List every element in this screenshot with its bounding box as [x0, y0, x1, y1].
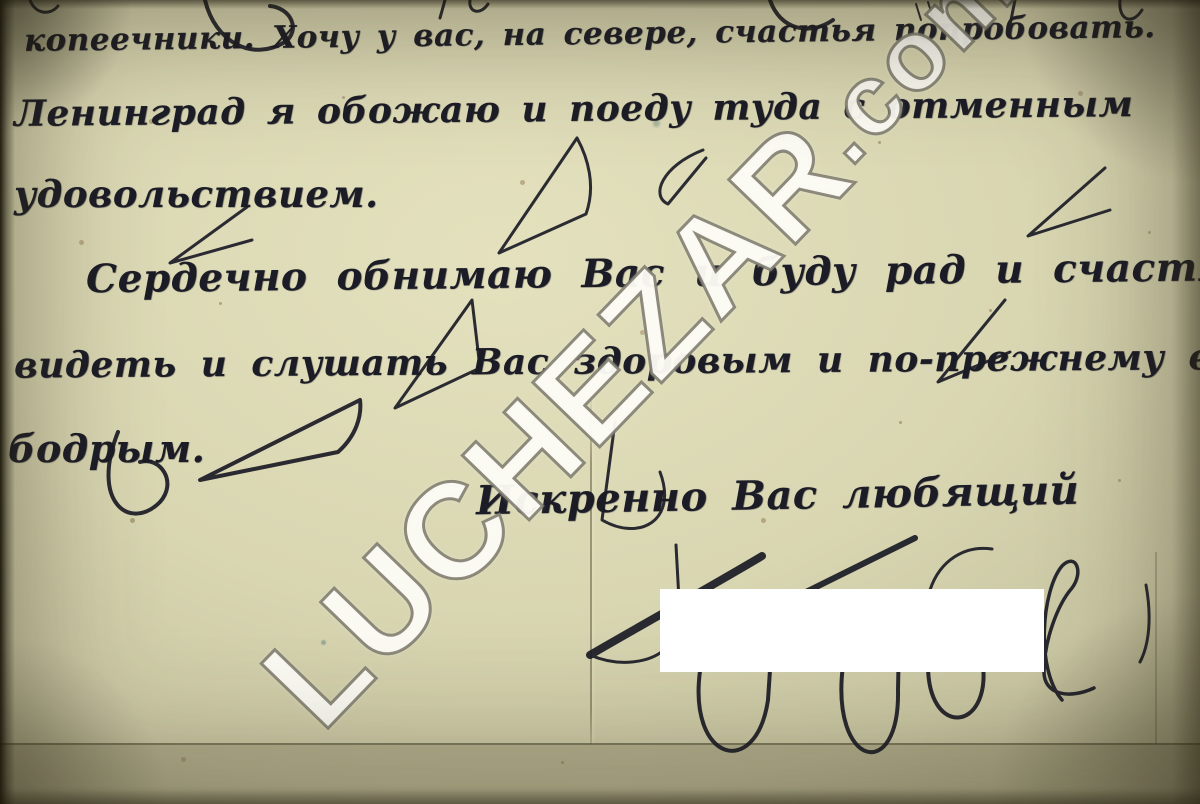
letter-photograph: копеечники. Хочу у вас, на севере, счаст…	[0, 0, 1200, 804]
fold-shadow-band	[0, 745, 1200, 804]
horizontal-fold-line	[0, 743, 1200, 745]
redaction-box	[660, 589, 1044, 672]
letter-line-6: бодрым.	[8, 426, 205, 471]
vertical-fold-crease-right	[1155, 552, 1157, 744]
letter-line-3: удовольствием.	[14, 172, 378, 216]
paper-speckles	[0, 0, 3, 3]
